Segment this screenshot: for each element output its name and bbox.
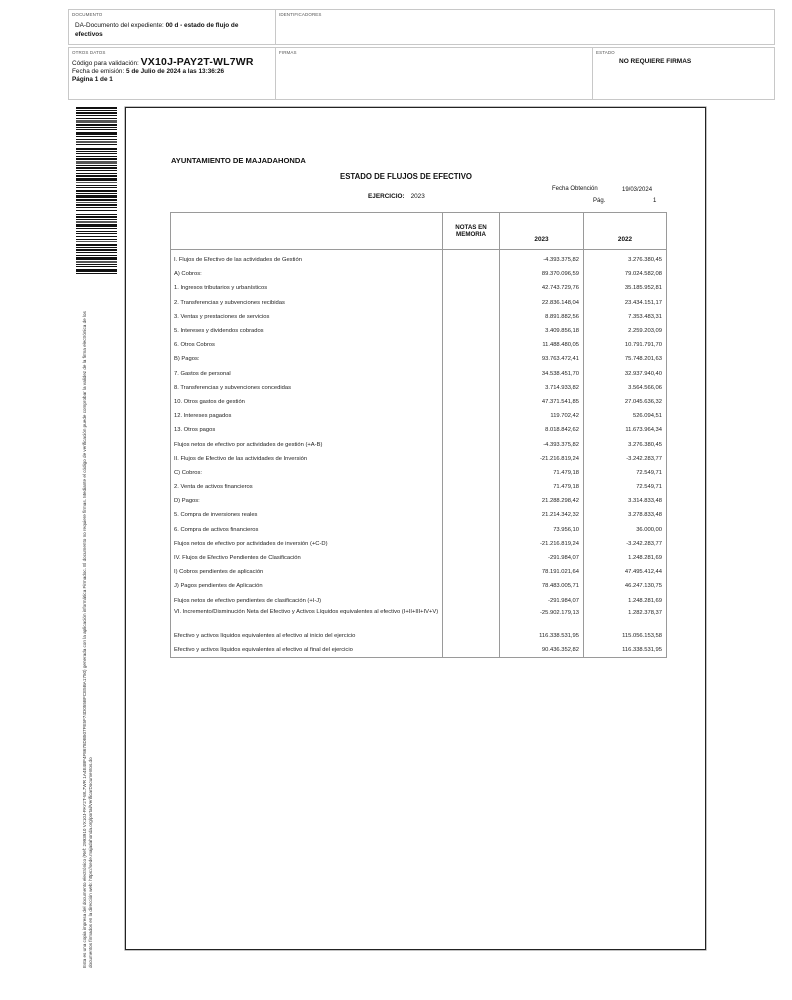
row-value-2022: 36.000,00 (584, 523, 667, 537)
row-value-2022: 1.248.281,69 (584, 594, 667, 608)
row-notas (443, 523, 500, 537)
row-label: 12. Intereses pagados (171, 409, 443, 423)
row-value-2022: 116.338.531,95 (584, 643, 667, 658)
row-value-2022: 23.434.151,17 (584, 296, 667, 310)
table-row: 6. Compra de activos financieros73.956,1… (171, 523, 667, 537)
row-label: Flujos netos de efectivo por actividades… (171, 537, 443, 551)
estado-cell: ESTADO NO REQUIERE FIRMAS (592, 48, 774, 99)
table-row: 10. Otros gastos de gestión47.371.541,85… (171, 395, 667, 409)
header-row-2: OTROS DATOS Código para validación: VX10… (68, 47, 775, 100)
ejercicio-label: EJERCICIO: (368, 193, 405, 200)
table-row: C) Cobros:71.479,1872.549,71 (171, 466, 667, 480)
organization-name: AYUNTAMIENTO DE MAJADAHONDA (171, 156, 306, 165)
documento-cell: DOCUMENTO DA-Documento del expediente: 0… (69, 10, 275, 44)
validation-code: VX10J-PAY2T-WL7WR (141, 56, 254, 68)
row-value-2022: -3.242.283,77 (584, 452, 667, 466)
row-value-2022: 10.791.791,70 (584, 338, 667, 352)
table-row: 5. Intereses y dividendos cobrados3.409.… (171, 324, 667, 338)
row-value-2022: 47.495.412,44 (584, 565, 667, 579)
row-value-2022: -3.242.283,77 (584, 537, 667, 551)
row-label: 6. Compra de activos financieros (171, 523, 443, 537)
page-count: Página 1 de 1 (72, 76, 113, 83)
row-notas (443, 466, 500, 480)
report-title: ESTADO DE FLUJOS DE EFECTIVO (340, 172, 472, 181)
table-row: 12. Intereses pagados119.702,42526.094,5… (171, 409, 667, 423)
row-value-2022: 3.276.380,45 (584, 250, 667, 268)
row-notas (443, 608, 500, 629)
row-value-2022: 115.056.153,58 (584, 629, 667, 643)
row-label: B) Pagos: (171, 352, 443, 366)
header-2023: 2023 (500, 213, 584, 250)
row-value-2022: 27.045.636,32 (584, 395, 667, 409)
row-notas (443, 565, 500, 579)
row-value-2022: 526.094,51 (584, 409, 667, 423)
row-value-2023: 116.338.531,95 (500, 629, 584, 643)
table-row: D) Pagos:21.288.298,423.314.833,48 (171, 494, 667, 508)
row-notas (443, 324, 500, 338)
row-label: 13. Otros pagos (171, 423, 443, 437)
fecha-emision: 5 de Julio de 2024 a las 13:36:26 (126, 68, 224, 75)
row-value-2023: 42.743.729,76 (500, 281, 584, 295)
row-notas (443, 310, 500, 324)
table-row: I) Cobros pendientes de aplicación78.191… (171, 565, 667, 579)
header-row-1: DOCUMENTO DA-Documento del expediente: 0… (68, 9, 775, 45)
barcode-icon (76, 107, 117, 275)
estado-label: ESTADO (596, 50, 615, 55)
otros-datos-label: OTROS DATOS (72, 50, 105, 55)
row-label: Efectivo y activos líquidos equivalentes… (171, 629, 443, 643)
row-value-2023: 71.479,18 (500, 466, 584, 480)
row-label: 2. Transferencias y subvenciones recibid… (171, 296, 443, 310)
row-label: Efectivo y activos líquidos equivalentes… (171, 643, 443, 658)
table-row: 13. Otros pagos8.018.842,6211.673.964,34 (171, 423, 667, 437)
row-label: 2. Venta de activos financieros (171, 480, 443, 494)
row-value-2022: 3.276.380,45 (584, 437, 667, 451)
row-label: 3. Ventas y prestaciones de servicios (171, 310, 443, 324)
row-value-2023: 34.538.451,70 (500, 367, 584, 381)
row-value-2023: -291.984,07 (500, 551, 584, 565)
table-row: 7. Gastos de personal34.538.451,7032.937… (171, 367, 667, 381)
ejercicio: EJERCICIO:2023 (368, 193, 425, 200)
row-label: 5. Compra de inversiones reales (171, 508, 443, 522)
row-value-2023: 93.763.472,41 (500, 352, 584, 366)
row-label: J) Pagos pendientes de Aplicación (171, 579, 443, 593)
row-notas (443, 494, 500, 508)
table-row: I. Flujos de Efectivo de las actividades… (171, 250, 667, 268)
estado-value: NO REQUIERE FIRMAS (619, 58, 691, 65)
row-notas (443, 629, 500, 643)
header-2022: 2022 (584, 213, 667, 250)
row-notas (443, 250, 500, 268)
row-notas (443, 367, 500, 381)
row-value-2023: 3.714.933,82 (500, 381, 584, 395)
row-notas (443, 395, 500, 409)
row-value-2023: 78.483.005,71 (500, 579, 584, 593)
table-row: Flujos netos de efectivo por actividades… (171, 437, 667, 451)
table-row: VI. Incremento/Disminución Neta del Efec… (171, 608, 667, 629)
row-notas (443, 537, 500, 551)
documento-prefix: DA-Documento del expediente: (75, 22, 166, 29)
table-row: 1. Ingresos tributarios y urbanísticos42… (171, 281, 667, 295)
row-label: IV. Flujos de Efectivo Pendientes de Cla… (171, 551, 443, 565)
row-value-2022: 2.259.203,09 (584, 324, 667, 338)
row-value-2023: -21.216.819,24 (500, 537, 584, 551)
fecha-obtencion-value: 19/03/2024 (622, 187, 652, 193)
row-value-2023: 119.702,42 (500, 409, 584, 423)
row-value-2022: 72.549,71 (584, 480, 667, 494)
documento-label: DOCUMENTO (72, 12, 102, 17)
table-row: J) Pagos pendientes de Aplicación78.483.… (171, 579, 667, 593)
table-row: Efectivo y activos líquidos equivalentes… (171, 643, 667, 658)
row-value-2023: 8.018.842,62 (500, 423, 584, 437)
otros-datos-cell: OTROS DATOS Código para validación: VX10… (69, 48, 275, 99)
row-notas (443, 480, 500, 494)
verification-side-note: Esta es una copia impresa del documento … (82, 288, 93, 968)
firmas-label: FIRMAS (279, 50, 297, 55)
row-label: 8. Transferencias y subvenciones concedi… (171, 381, 443, 395)
cash-flow-table: NOTAS EN MEMORIA 2023 2022 I. Flujos de … (170, 212, 667, 658)
row-value-2023: 8.891.882,56 (500, 310, 584, 324)
otros-datos-content: Código para validación: VX10J-PAY2T-WL7W… (72, 58, 254, 84)
row-value-2022: 75.748.201,63 (584, 352, 667, 366)
row-value-2023: -291.984,07 (500, 594, 584, 608)
row-label: 1. Ingresos tributarios y urbanísticos (171, 281, 443, 295)
table-row: B) Pagos:93.763.472,4175.748.201,63 (171, 352, 667, 366)
row-value-2023: 71.479,18 (500, 480, 584, 494)
table-row: Flujos netos de efectivo pendientes de c… (171, 594, 667, 608)
page-number: 1 (653, 198, 656, 204)
row-notas (443, 452, 500, 466)
row-label: 6. Otros Cobros (171, 338, 443, 352)
row-value-2023: 3.409.856,18 (500, 324, 584, 338)
row-value-2023: 78.191.021,64 (500, 565, 584, 579)
row-value-2023: 21.214.342,32 (500, 508, 584, 522)
fecha-obtencion-label: Fecha Obtención (552, 186, 598, 192)
row-value-2022: 46.247.130,75 (584, 579, 667, 593)
row-value-2022: 1.248.281,69 (584, 551, 667, 565)
row-notas (443, 296, 500, 310)
row-label: 7. Gastos de personal (171, 367, 443, 381)
row-notas (443, 423, 500, 437)
row-value-2022: 32.937.940,40 (584, 367, 667, 381)
identificadores-cell: IDENTIFICADORES (275, 10, 774, 44)
row-value-2022: 35.185.952,81 (584, 281, 667, 295)
table-row: 2. Transferencias y subvenciones recibid… (171, 296, 667, 310)
row-label: I) Cobros pendientes de aplicación (171, 565, 443, 579)
row-value-2023: 47.371.541,85 (500, 395, 584, 409)
row-notas (443, 643, 500, 658)
table-header-row: NOTAS EN MEMORIA 2023 2022 (171, 213, 667, 250)
row-notas (443, 437, 500, 451)
row-value-2023: -25.902.179,13 (500, 608, 584, 629)
table-row: Efectivo y activos líquidos equivalentes… (171, 629, 667, 643)
ejercicio-value: 2023 (411, 193, 425, 200)
codigo-label: Código para validación: (72, 60, 141, 67)
row-value-2023: 22.836.148,04 (500, 296, 584, 310)
row-value-2022: 1.282.378,37 (584, 608, 667, 629)
row-notas (443, 409, 500, 423)
documento-description: DA-Documento del expediente: 00 d - esta… (75, 22, 265, 39)
row-value-2022: 3.314.833,48 (584, 494, 667, 508)
table-row: 3. Ventas y prestaciones de servicios8.8… (171, 310, 667, 324)
row-value-2023: -4.393.375,82 (500, 250, 584, 268)
row-label: Flujos netos de efectivo por actividades… (171, 437, 443, 451)
fecha-emision-label: Fecha de emisión: (72, 68, 126, 75)
row-notas (443, 579, 500, 593)
row-value-2023: 89.370.096,59 (500, 267, 584, 281)
table-row: A) Cobros:89.370.096,5979.024.582,08 (171, 267, 667, 281)
row-value-2023: -21.216.819,24 (500, 452, 584, 466)
row-label: 10. Otros gastos de gestión (171, 395, 443, 409)
header-concept (171, 213, 443, 250)
table-row: 2. Venta de activos financieros71.479,18… (171, 480, 667, 494)
row-value-2023: 21.288.298,42 (500, 494, 584, 508)
row-notas (443, 508, 500, 522)
row-value-2022: 3.564.566,06 (584, 381, 667, 395)
row-label: 5. Intereses y dividendos cobrados (171, 324, 443, 338)
row-label: A) Cobros: (171, 267, 443, 281)
row-label: VI. Incremento/Disminución Neta del Efec… (171, 608, 443, 629)
row-notas (443, 281, 500, 295)
row-value-2023: -4.393.375,82 (500, 437, 584, 451)
row-value-2022: 11.673.964,34 (584, 423, 667, 437)
header-notas: NOTAS EN MEMORIA (443, 213, 500, 250)
identificadores-label: IDENTIFICADORES (279, 12, 322, 17)
row-notas (443, 338, 500, 352)
table-row: 5. Compra de inversiones reales21.214.34… (171, 508, 667, 522)
row-label: II. Flujos de Efectivo de las actividade… (171, 452, 443, 466)
table-row: IV. Flujos de Efectivo Pendientes de Cla… (171, 551, 667, 565)
document-header: DOCUMENTO DA-Documento del expediente: 0… (68, 9, 775, 100)
table-row: Flujos netos de efectivo por actividades… (171, 537, 667, 551)
row-notas (443, 594, 500, 608)
row-notas (443, 352, 500, 366)
row-value-2022: 7.353.483,31 (584, 310, 667, 324)
row-label: I. Flujos de Efectivo de las actividades… (171, 250, 443, 268)
row-notas (443, 551, 500, 565)
table-row: II. Flujos de Efectivo de las actividade… (171, 452, 667, 466)
row-label: D) Pagos: (171, 494, 443, 508)
row-value-2023: 90.436.352,82 (500, 643, 584, 658)
row-notas (443, 381, 500, 395)
row-value-2022: 79.024.582,08 (584, 267, 667, 281)
row-label: C) Cobros: (171, 466, 443, 480)
row-label: Flujos netos de efectivo pendientes de c… (171, 594, 443, 608)
table-row: 6. Otros Cobros11.488.480,0510.791.791,7… (171, 338, 667, 352)
row-value-2022: 3.278.833,48 (584, 508, 667, 522)
page-label: Pág. (593, 198, 605, 204)
table-row: 8. Transferencias y subvenciones concedi… (171, 381, 667, 395)
row-value-2022: 72.549,71 (584, 466, 667, 480)
row-notas (443, 267, 500, 281)
row-value-2023: 73.956,10 (500, 523, 584, 537)
firmas-cell: FIRMAS (275, 48, 592, 99)
row-value-2023: 11.488.480,05 (500, 338, 584, 352)
